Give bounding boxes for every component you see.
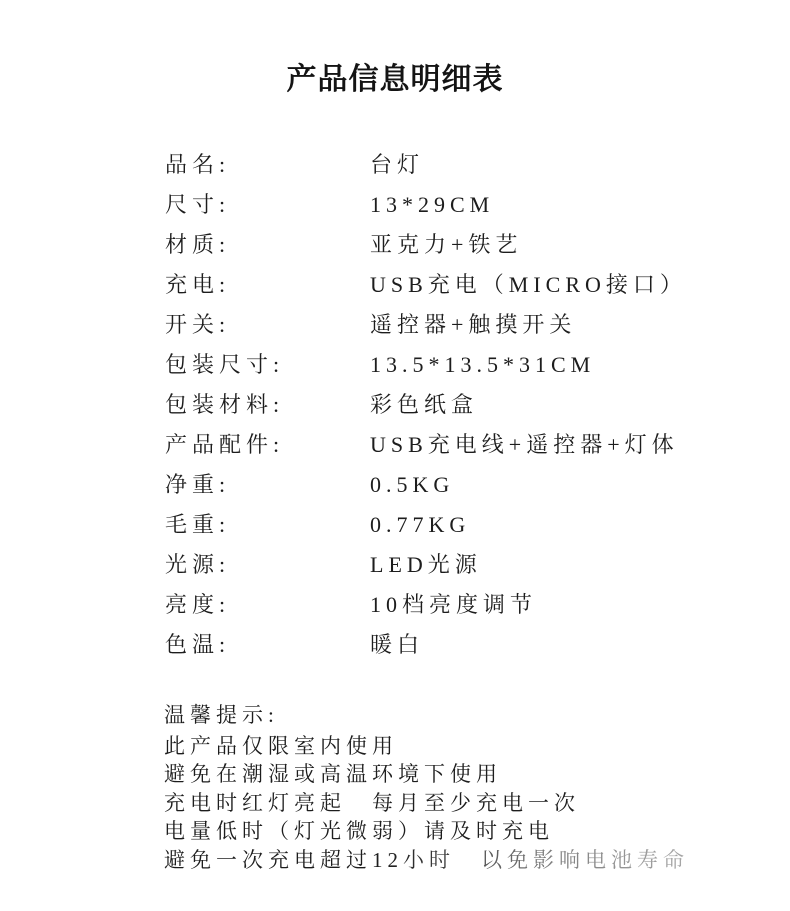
spec-value: 10档亮度调节 bbox=[370, 585, 687, 625]
spec-row-package-material: 包装材料: 彩色纸盒 bbox=[165, 385, 687, 425]
spec-row-name: 品名: 台灯 bbox=[165, 145, 687, 185]
spec-label: 亮度: bbox=[165, 585, 370, 625]
spec-label: 充电: bbox=[165, 265, 370, 305]
spec-label: 包装材料: bbox=[165, 385, 370, 425]
spec-row-material: 材质: 亚克力+铁艺 bbox=[165, 225, 687, 265]
spec-value: 暖白 bbox=[370, 625, 687, 665]
spec-value: 亚克力+铁艺 bbox=[370, 225, 687, 265]
spec-value: 遥控器+触摸开关 bbox=[370, 305, 687, 345]
spec-row-color-temp: 色温: 暖白 bbox=[165, 625, 687, 665]
spec-row-light-source: 光源: LED光源 bbox=[165, 545, 687, 585]
spec-value: 0.77KG bbox=[370, 505, 687, 545]
spec-label: 毛重: bbox=[165, 505, 370, 545]
spec-label: 产品配件: bbox=[165, 425, 370, 465]
spec-value: LED光源 bbox=[370, 545, 687, 585]
spec-label: 品名: bbox=[165, 145, 370, 185]
spec-label: 包装尺寸: bbox=[165, 345, 370, 385]
spec-label: 净重: bbox=[165, 465, 370, 505]
spec-value: USB充电（MICRO接口） bbox=[370, 265, 687, 305]
spec-value: 台灯 bbox=[370, 145, 687, 185]
spec-label: 色温: bbox=[165, 625, 370, 665]
note-line-avoid-humidity: 避免在潮湿或高温环境下使用 bbox=[164, 760, 689, 789]
note-line-low-battery: 电量低时（灯光微弱）请及时充电 bbox=[164, 817, 689, 846]
spec-row-gross-weight: 毛重: 0.77KG bbox=[165, 505, 687, 545]
spec-row-package-size: 包装尺寸: 13.5*13.5*31CM bbox=[165, 345, 687, 385]
spec-row-size: 尺寸: 13*29CM bbox=[165, 185, 687, 225]
spec-row-brightness: 亮度: 10档亮度调节 bbox=[165, 585, 687, 625]
spec-value: 13.5*13.5*31CM bbox=[370, 345, 687, 385]
spec-value: USB充电线+遥控器+灯体 bbox=[370, 425, 687, 465]
spec-row-accessories: 产品配件: USB充电线+遥控器+灯体 bbox=[165, 425, 687, 465]
spec-table: 品名: 台灯 尺寸: 13*29CM 材质: 亚克力+铁艺 充电: USB充电（… bbox=[165, 145, 687, 665]
spec-value: 13*29CM bbox=[370, 185, 687, 225]
spec-row-net-weight: 净重: 0.5KG bbox=[165, 465, 687, 505]
spec-label: 开关: bbox=[165, 305, 370, 345]
note-line-charge-monthly: 充电时红灯亮起 每月至少充电一次 bbox=[164, 789, 689, 818]
spec-row-charging: 充电: USB充电（MICRO接口） bbox=[165, 265, 687, 305]
note-line-overcharge-warning: 避免一次充电超过12小时 以免影响电池寿命 bbox=[164, 846, 689, 875]
notes-heading: 温馨提示: bbox=[164, 701, 689, 730]
spec-label: 材质: bbox=[165, 225, 370, 265]
page-title: 产品信息明细表 bbox=[0, 54, 790, 98]
spec-label: 光源: bbox=[165, 545, 370, 585]
notes-section: 温馨提示: 此产品仅限室内使用 避免在潮湿或高温环境下使用 充电时红灯亮起 每月… bbox=[164, 701, 689, 874]
spec-row-switch: 开关: 遥控器+触摸开关 bbox=[165, 305, 687, 345]
note-line-indoor-use: 此产品仅限室内使用 bbox=[164, 732, 689, 761]
spec-value: 彩色纸盒 bbox=[370, 385, 687, 425]
spec-label: 尺寸: bbox=[165, 185, 370, 225]
product-info-sheet: 产品信息明细表 品名: 台灯 尺寸: 13*29CM 材质: 亚克力+铁艺 充电… bbox=[0, 0, 790, 911]
spec-value: 0.5KG bbox=[370, 465, 687, 505]
